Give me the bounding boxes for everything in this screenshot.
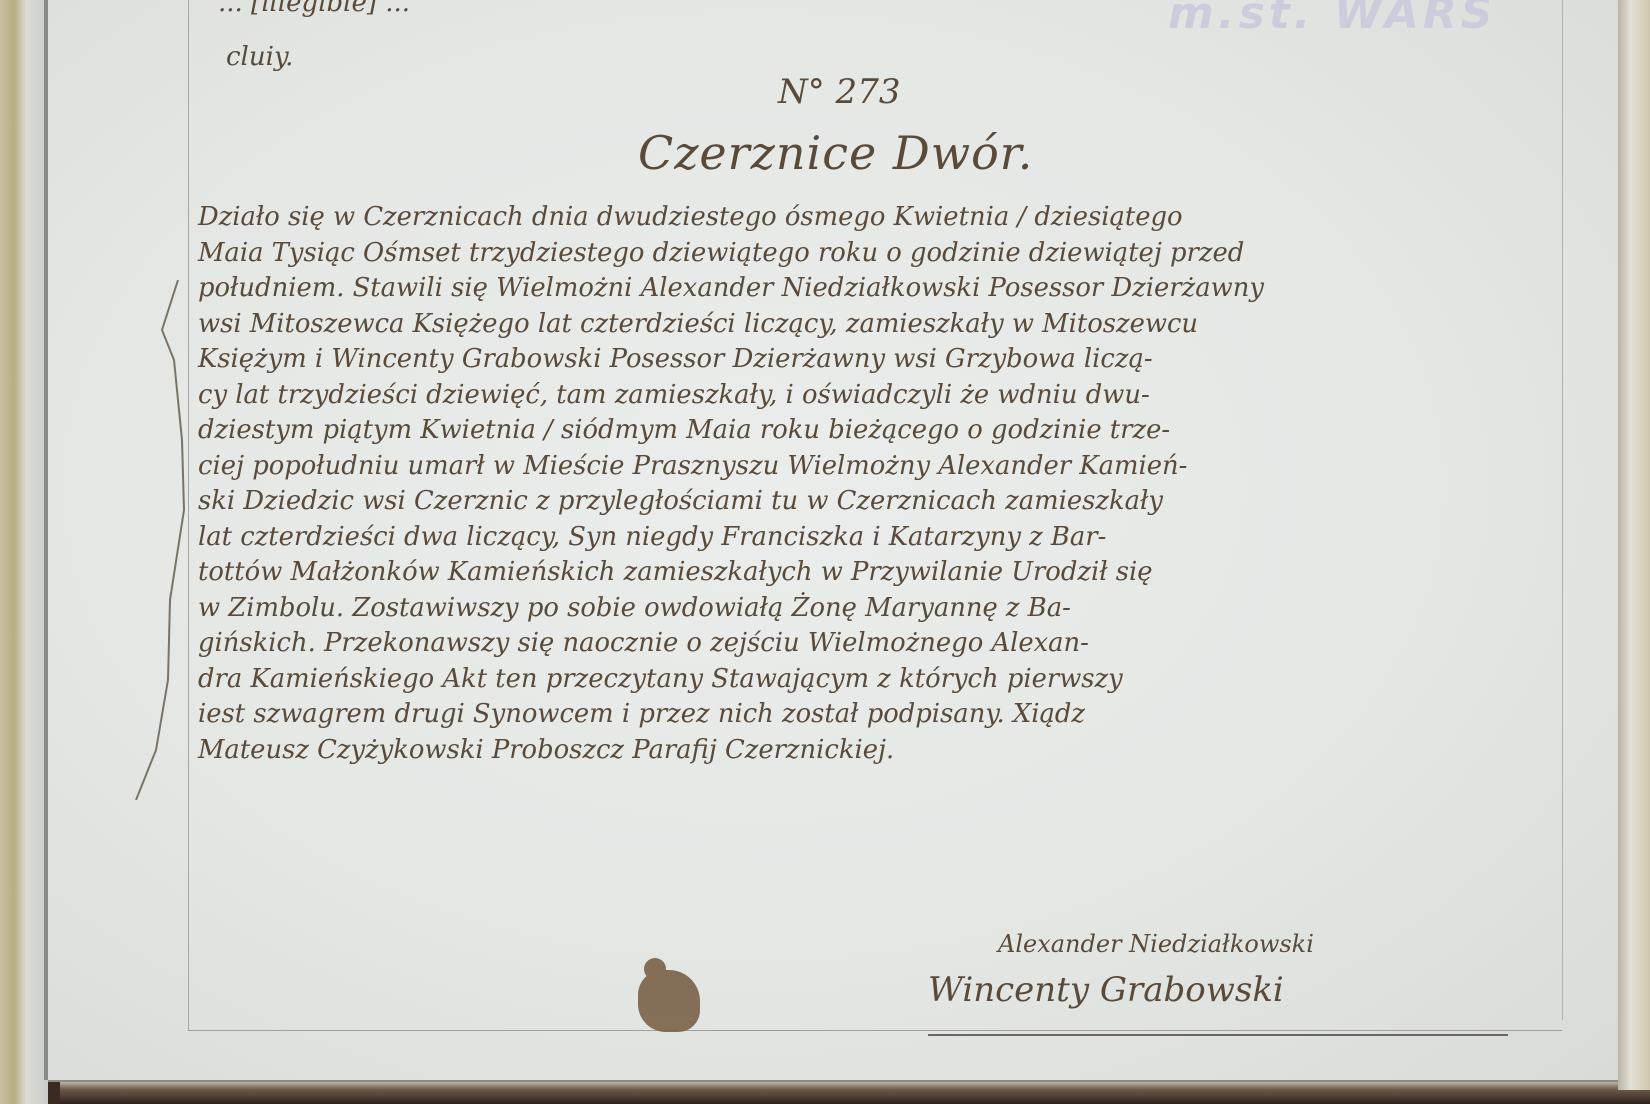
signature-block: Alexander Niedziałkowski Wincenty Grabow… (928, 930, 1488, 1010)
body-line: lat czterdzieści dwa liczący, Syn niegdy… (198, 520, 1548, 556)
body-line: Działo się w Czerznicach dnia dwudzieste… (198, 200, 1548, 236)
body-line: w Zimbolu. Zostawiwszy po sobie owdowiał… (198, 591, 1548, 627)
body-line: gińskich. Przekonawszy się naocznie o ze… (198, 626, 1548, 662)
archive-watermark: m.st. WARS (1168, 0, 1496, 39)
margin-rule-right (1562, 0, 1563, 1020)
margin-rule-left (188, 0, 189, 1030)
body-line: tottów Małżonków Kamieńskich zamieszkały… (198, 555, 1548, 591)
body-line: wsi Mitoszewca Księżego lat czterdzieści… (198, 307, 1548, 343)
body-line: dziestym piątym Kwietnia / siódmym Maia … (198, 413, 1548, 449)
book-spine (0, 0, 48, 1104)
entry-body: Działo się w Czerznicach dnia dwudzieste… (198, 200, 1558, 768)
body-line: południem. Stawili się Wielmożni Alexand… (198, 271, 1548, 307)
signature-grabowski: Wincenty Grabowski (928, 970, 1488, 1010)
body-line: iest szwagrem drugi Synowcem i przez nic… (198, 697, 1548, 733)
body-line: ski Dziedzic wsi Czerznic z przyległości… (198, 484, 1548, 520)
register-page: m.st. WARS ... [illegible] ... cluiy. N°… (48, 0, 1618, 1082)
ink-blot (638, 970, 700, 1032)
body-line: Mateusz Czyżykowski Proboszcz Parafij Cz… (198, 733, 1548, 769)
body-line: dra Kamieńskiego Akt ten przeczytany Sta… (198, 662, 1548, 698)
entry-number: N° 273 (778, 72, 900, 112)
body-line: Maia Tysiąc Ośmset trzydziestego dziewią… (198, 236, 1548, 272)
page-right-edge (1618, 0, 1650, 1090)
previous-entry-last-line: ... [illegible] ... (218, 0, 410, 18)
margin-bracket-mark (126, 280, 186, 800)
entry-place-heading: Czerznice Dwór. (638, 126, 1033, 180)
signature-niedzialkowski: Alexander Niedziałkowski (998, 930, 1488, 958)
page-underlayer (60, 1080, 1650, 1104)
body-line: Księżym i Wincenty Grabowski Posessor Dz… (198, 342, 1548, 378)
body-line: ciej popołudniu umarł w Mieście Prasznys… (198, 449, 1548, 485)
body-line: cy lat trzydzieści dziewięć, tam zamiesz… (198, 378, 1548, 414)
margin-rule-bottom (188, 1030, 1562, 1031)
signature-underline (928, 1034, 1508, 1036)
previous-entry-end-word: cluiy. (226, 42, 293, 72)
